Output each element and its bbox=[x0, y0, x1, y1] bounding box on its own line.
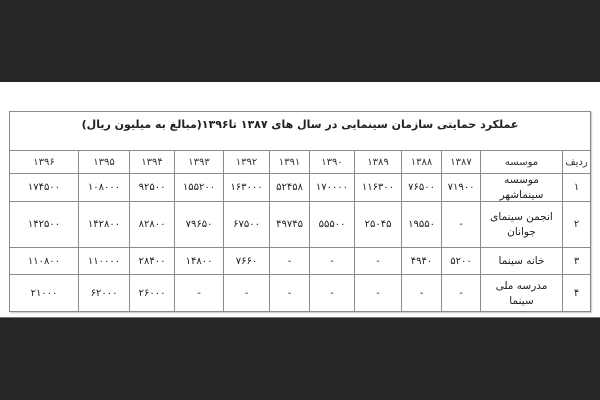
cell-institution: موسسه سینماشهر bbox=[480, 174, 562, 201]
cell-value: ۵۲۴۵۸ bbox=[269, 174, 309, 201]
cell-value: - bbox=[309, 275, 354, 312]
header-year-1393: ۱۳۹۳ bbox=[174, 151, 223, 173]
cell-value: - bbox=[401, 275, 441, 312]
header-row: ۱۳۹۶ ۱۳۹۵ ۱۳۹۴ ۱۳۹۳ ۱۳۹۲ ۱۳۹۱ ۱۳۹۰ ۱۳۸۹ … bbox=[10, 151, 590, 174]
cell-value: ۱۹۵۵۰ bbox=[401, 202, 441, 247]
cell-value: - bbox=[441, 275, 480, 312]
cell-value: ۱۰۸۰۰۰ bbox=[78, 174, 129, 201]
cell-value: - bbox=[223, 275, 269, 312]
header-year-1392: ۱۳۹۲ bbox=[223, 151, 269, 173]
table-title: عملکرد حمایتی سازمان سینمایی در سال های … bbox=[10, 112, 590, 151]
cell-value: - bbox=[441, 202, 480, 247]
cell-value: ۵۲۰۰ bbox=[441, 248, 480, 274]
header-year-1394: ۱۳۹۴ bbox=[129, 151, 174, 173]
cell-institution: خانه سینما bbox=[480, 248, 562, 274]
table-row: ۱۱۰۸۰۰ ۱۱۰۰۰۰ ۲۸۴۰۰ ۱۴۸۰۰ ۷۶۶۰ - - - ۴۹۴… bbox=[10, 248, 590, 275]
cell-value: ۶۲۰۰۰ bbox=[78, 275, 129, 312]
header-year-1388: ۱۳۸۸ bbox=[401, 151, 441, 173]
cell-value: ۷۹۶۵۰ bbox=[174, 202, 223, 247]
header-year-1396: ۱۳۹۶ bbox=[10, 151, 78, 173]
cell-value: ۱۵۵۲۰۰ bbox=[174, 174, 223, 201]
header-year-1391: ۱۳۹۱ bbox=[269, 151, 309, 173]
table-row: ۱۴۲۵۰۰ ۱۴۲۸۰۰ ۸۲۸۰۰ ۷۹۶۵۰ ۶۷۵۰۰ ۴۹۷۴۵ ۵۵… bbox=[10, 202, 590, 248]
cell-value: - bbox=[269, 248, 309, 274]
header-institution: موسسه bbox=[480, 151, 562, 173]
cell-value: - bbox=[309, 248, 354, 274]
cell-value: ۱۷۰۰۰۰ bbox=[309, 174, 354, 201]
cell-value: ۴۹۷۴۵ bbox=[269, 202, 309, 247]
table-row: ۲۱۰۰۰ ۶۲۰۰۰ ۲۶۰۰۰ - - - - - - - مدرسه مل… bbox=[10, 275, 590, 312]
cell-value: ۱۱۰۰۰۰ bbox=[78, 248, 129, 274]
cell-institution: انجمن سینمای جوانان bbox=[480, 202, 562, 247]
cell-row-no: ۳ bbox=[562, 248, 590, 274]
header-row-no: ردیف bbox=[562, 151, 590, 173]
cell-value: ۶۷۵۰۰ bbox=[223, 202, 269, 247]
cell-value: ۱۴۸۰۰ bbox=[174, 248, 223, 274]
header-year-1387: ۱۳۸۷ bbox=[441, 151, 480, 173]
cell-value: ۷۶۶۰ bbox=[223, 248, 269, 274]
cell-value: - bbox=[354, 248, 401, 274]
cell-value: ۱۴۲۵۰۰ bbox=[10, 202, 78, 247]
cell-value: ۹۲۵۰۰ bbox=[129, 174, 174, 201]
cell-value: ۲۸۴۰۰ bbox=[129, 248, 174, 274]
cell-value: ۴۹۴۰ bbox=[401, 248, 441, 274]
cell-value: ۵۵۵۰۰ bbox=[309, 202, 354, 247]
cell-row-no: ۱ bbox=[562, 174, 590, 201]
cell-value: - bbox=[354, 275, 401, 312]
cell-value: ۲۶۰۰۰ bbox=[129, 275, 174, 312]
cell-value: ۷۶۵۰۰ bbox=[401, 174, 441, 201]
header-year-1395: ۱۳۹۵ bbox=[78, 151, 129, 173]
cell-value: ۱۱۶۳۰۰ bbox=[354, 174, 401, 201]
cell-value: ۱۷۴۵۰۰ bbox=[10, 174, 78, 201]
header-year-1389: ۱۳۸۹ bbox=[354, 151, 401, 173]
cell-value: - bbox=[174, 275, 223, 312]
cell-value: ۲۵۰۴۵ bbox=[354, 202, 401, 247]
cell-value: ۱۶۳۰۰۰ bbox=[223, 174, 269, 201]
top-dark-band bbox=[0, 0, 600, 82]
cell-value: ۲۱۰۰۰ bbox=[10, 275, 78, 312]
header-year-1390: ۱۳۹۰ bbox=[309, 151, 354, 173]
cell-value: ۱۱۰۸۰۰ bbox=[10, 248, 78, 274]
cell-value: ۷۱۹۰۰ bbox=[441, 174, 480, 201]
cell-value: - bbox=[269, 275, 309, 312]
cell-row-no: ۲ bbox=[562, 202, 590, 247]
support-performance-table: عملکرد حمایتی سازمان سینمایی در سال های … bbox=[9, 111, 591, 312]
cell-institution: مدرسه ملی سینما bbox=[480, 275, 562, 312]
bottom-dark-band bbox=[0, 317, 600, 400]
cell-row-no: ۴ bbox=[562, 275, 590, 312]
cell-value: ۸۲۸۰۰ bbox=[129, 202, 174, 247]
cell-value: ۱۴۲۸۰۰ bbox=[78, 202, 129, 247]
table-row: ۱۷۴۵۰۰ ۱۰۸۰۰۰ ۹۲۵۰۰ ۱۵۵۲۰۰ ۱۶۳۰۰۰ ۵۲۴۵۸ … bbox=[10, 174, 590, 202]
